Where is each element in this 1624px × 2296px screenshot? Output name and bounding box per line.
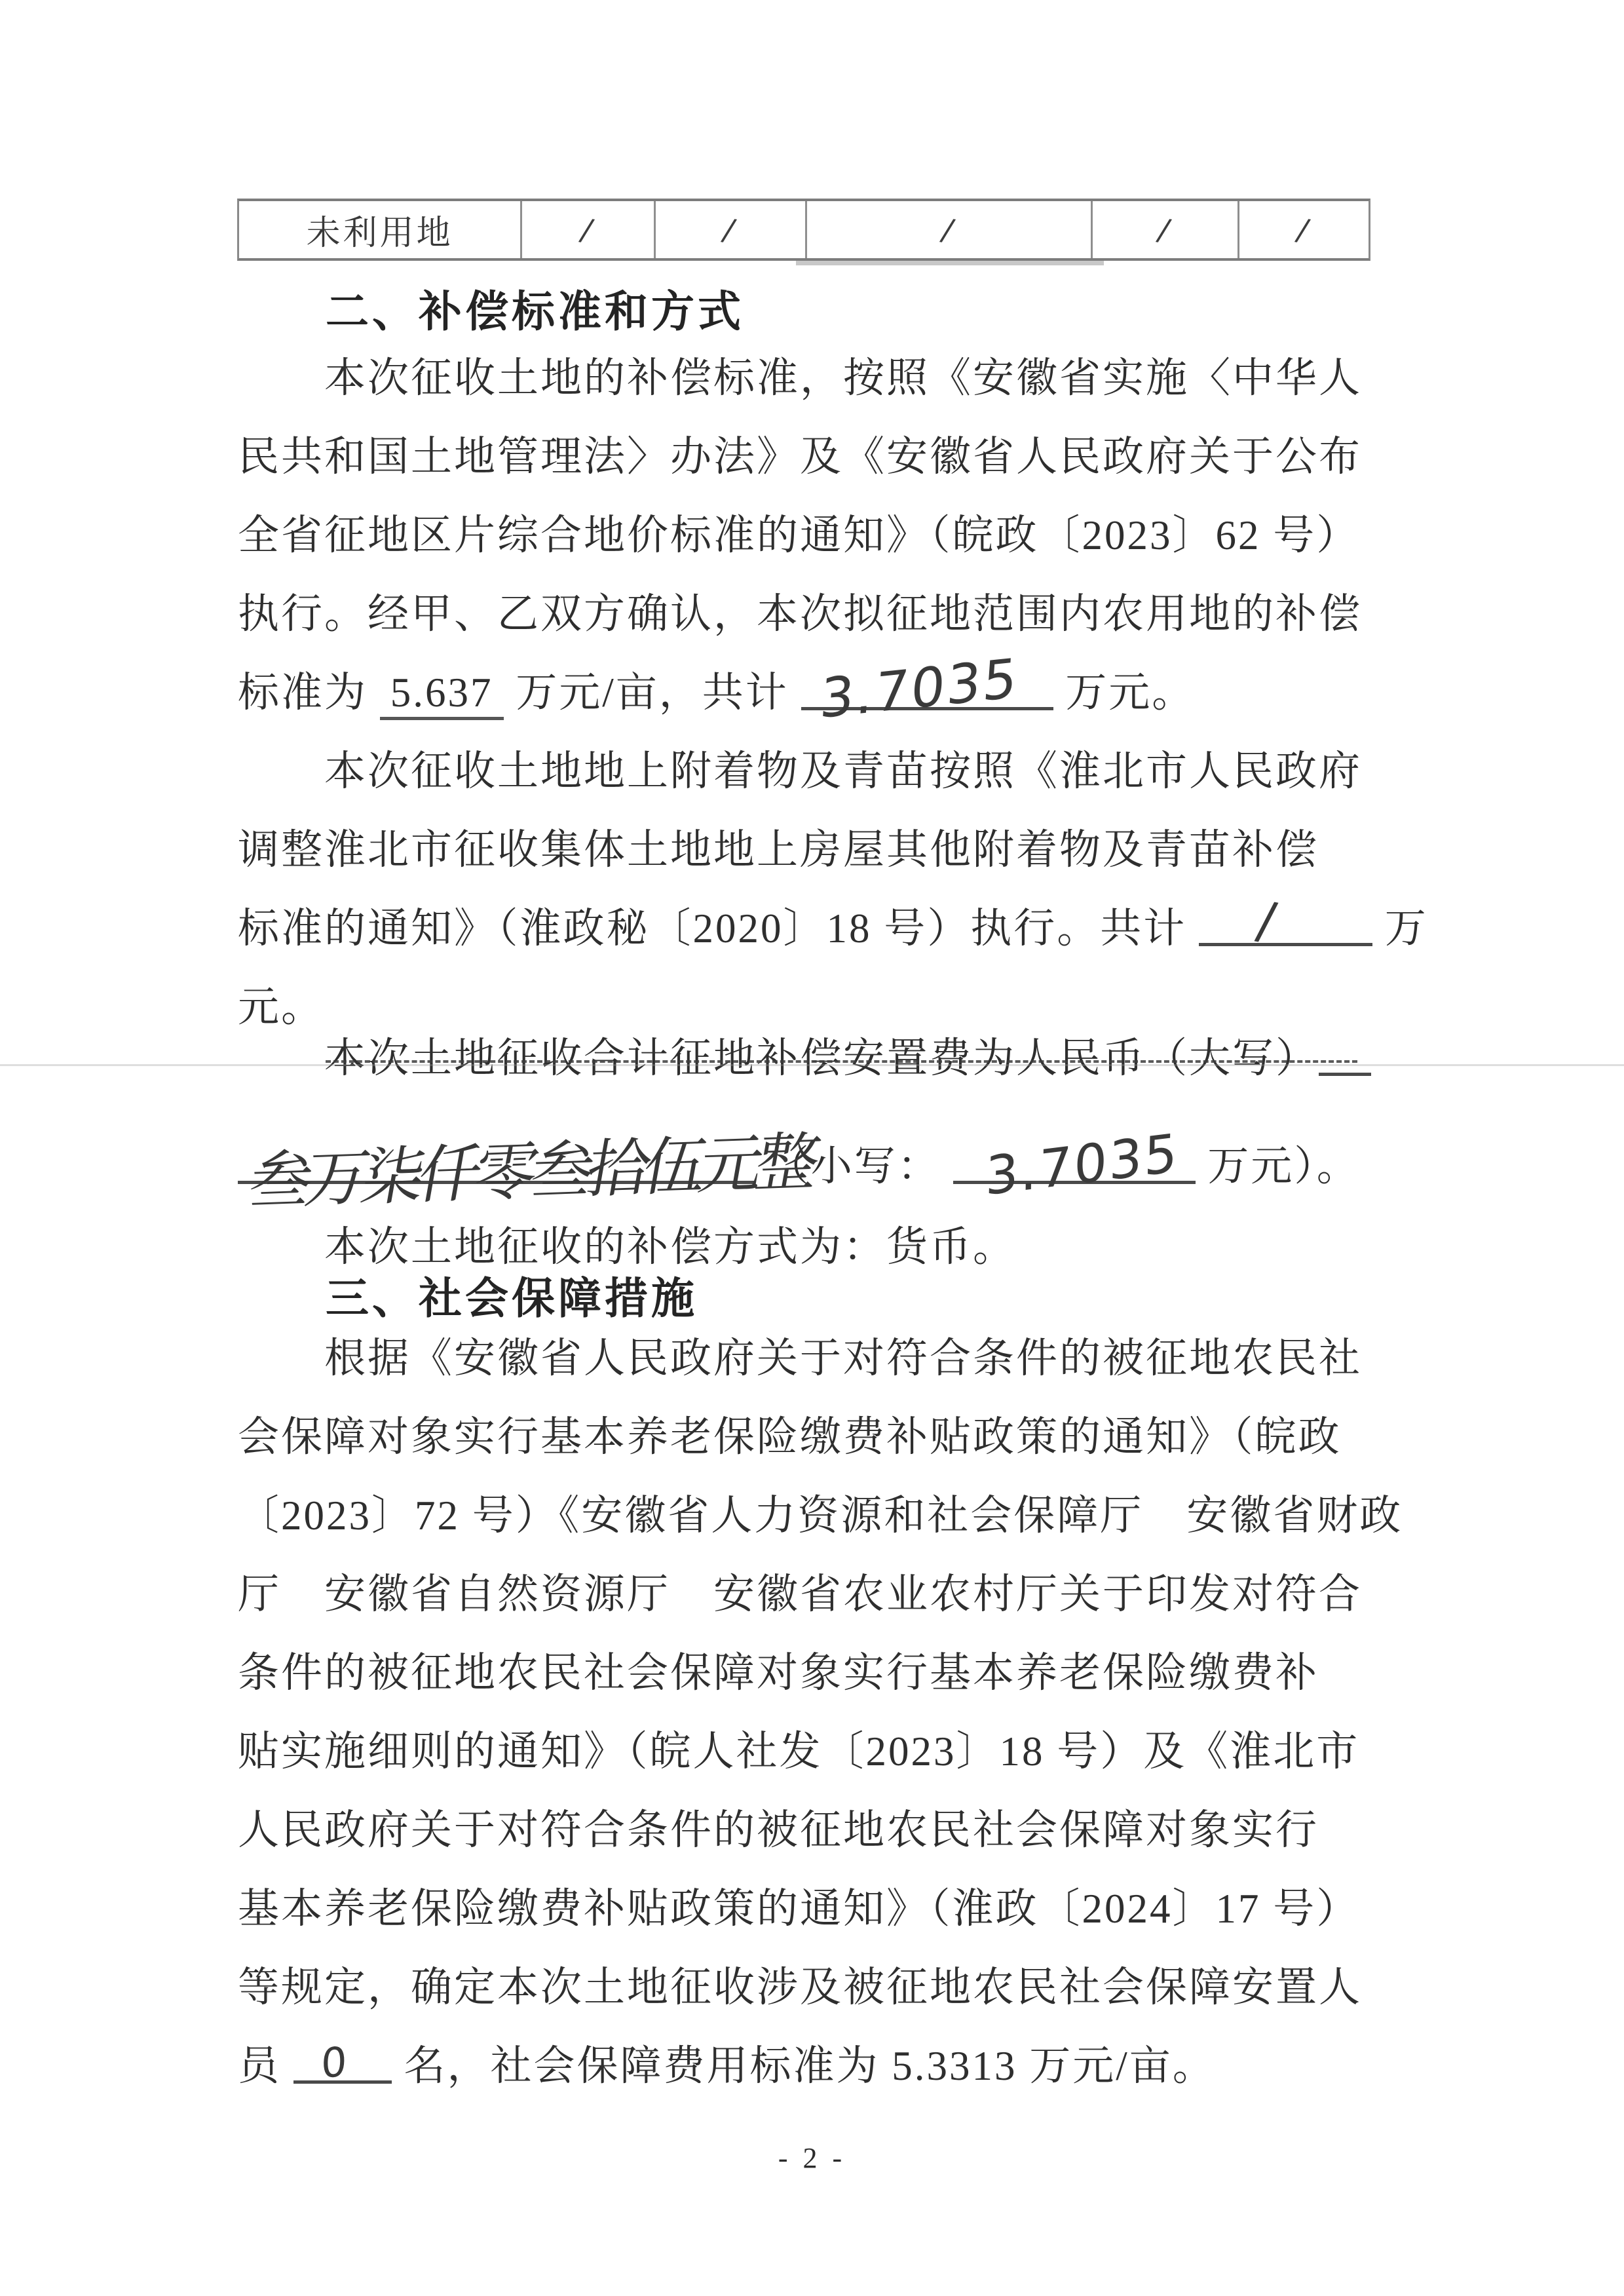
- paragraph-line: 员 0 名，社会保障费用标准为 5.3313 万元/亩。: [238, 2027, 1381, 2105]
- handwritten-amount-in-words: 叁万柒仟零叁拾伍元整: [244, 1130, 819, 1214]
- paragraph-total-amount: 本次土地征收合计征地补偿安置费为人民币（大写）: [238, 1019, 1381, 1098]
- blank-underline: [1319, 1020, 1371, 1076]
- line-text: 万元/亩，共计: [516, 670, 789, 716]
- line-text: 万元）。: [1207, 1143, 1360, 1189]
- paragraph-line: 标准为 5.637 万元/亩，共计 3.7035 万元。: [238, 653, 1381, 732]
- scan-fold-line: [0, 1064, 1624, 1066]
- rate-per-mu-value: 5.637: [380, 670, 504, 720]
- blank-underline-amount-words: 叁万柒仟零叁拾伍元整: [238, 1128, 755, 1184]
- paragraph-line: 基本养老保险缴费补贴政策的通知》（淮政〔2024〕17 号）: [238, 1869, 1381, 1948]
- table-cell-value: /: [577, 212, 599, 248]
- page-number: - 2 -: [0, 2141, 1624, 2175]
- table-cell: /: [805, 201, 1091, 258]
- line-text: 标准为: [238, 670, 368, 716]
- paragraph-line: 标准的通知》（淮政秘〔2020〕18 号）执行。共计 / 万: [238, 889, 1381, 968]
- table-cell: /: [520, 201, 653, 258]
- table-cell: /: [654, 201, 805, 258]
- handwritten-slash: /: [1253, 894, 1281, 948]
- table-cell-label: 未利用地: [307, 205, 453, 254]
- line-text: 标准的通知》（淮政秘〔2020〕18 号）执行。共计: [238, 906, 1186, 951]
- paragraph-line: 会保障对象实行基本养老保险缴费补贴政策的通知》（皖政: [238, 1398, 1381, 1476]
- paragraph-line: 民共和国土地管理法〉办法》及《安徽省人民政府关于公布: [238, 417, 1381, 496]
- scan-smear: [796, 261, 1104, 265]
- table-cell-value: /: [1293, 212, 1315, 248]
- handwritten-persons-count: 0: [320, 2041, 349, 2084]
- paragraph-line: 根据《安徽省人民政府关于对符合条件的被征地农民社: [238, 1319, 1381, 1398]
- blank-underline-amount-figures: 3.7035: [953, 1128, 1196, 1184]
- table-cell-value: /: [1154, 212, 1176, 248]
- paragraph-compensation-standard: 本次征收土地的补偿标准，按照《安徽省实施〈中华人 民共和国土地管理法〉办法》及《…: [238, 339, 1381, 732]
- line-text: 名，社会保障费用标准为 5.3313 万元/亩。: [404, 2043, 1216, 2089]
- table-cell: /: [1091, 201, 1237, 258]
- paragraph-line: 条件的被征地农民社会保障对象实行基本养老保险缴费补: [238, 1634, 1381, 1712]
- blank-underline: /: [1199, 890, 1372, 946]
- table-cell-value: /: [719, 212, 741, 248]
- table-cell: 未利用地: [239, 201, 520, 258]
- paragraph-line: 人民政府关于对符合条件的被征地农民社会保障对象实行: [238, 1791, 1381, 1869]
- line-text: 万元。: [1065, 670, 1195, 716]
- land-category-table-row: 未利用地 / / / / /: [237, 199, 1370, 261]
- paragraph-line: 贴实施细则的通知》（皖人社发〔2023〕18 号）及《淮北市: [238, 1712, 1381, 1791]
- blank-underline: 3.7035: [801, 655, 1053, 710]
- paragraph-line: 执行。经甲、乙双方确认，本次拟征地范围内农用地的补偿: [238, 575, 1381, 653]
- handwritten-amount-in-figures: 3.7035: [985, 1126, 1179, 1203]
- paragraph-social-security: 根据《安徽省人民政府关于对符合条件的被征地农民社 会保障对象实行基本养老保险缴费…: [238, 1319, 1381, 2105]
- line-text: 万: [1385, 906, 1428, 951]
- paragraph-line: 全省征地区片综合地价标准的通知》（皖政〔2023〕62 号）: [238, 496, 1381, 575]
- section-heading-compensation: 二、补偿标准和方式: [326, 277, 744, 339]
- blank-underline: 0: [293, 2028, 392, 2084]
- handwritten-total-amount: 3.7035: [818, 652, 1020, 727]
- document-page: 未利用地 / / / / / 二、补偿标准和方式 本次征收土地的补偿标准，按照《…: [0, 0, 1624, 2296]
- line-text: 本次土地征收合计征地补偿安置费为人民币（大写）: [324, 1035, 1319, 1081]
- paragraph-line: 本次征收土地的补偿标准，按照《安徽省实施〈中华人: [238, 339, 1381, 417]
- paragraph-line: 本次征收土地地上附着物及青苗按照《淮北市人民政府: [238, 732, 1381, 811]
- scan-strikethrough-line: [326, 1060, 1357, 1063]
- line-text: 员: [238, 2043, 281, 2089]
- paragraph-line: 本次土地征收合计征地补偿安置费为人民币（大写）: [238, 1019, 1381, 1098]
- paragraph-line: 〔2023〕72 号）《安徽省人力资源和社会保障厅 安徽省财政: [238, 1476, 1381, 1555]
- table-cell-value: /: [938, 212, 960, 248]
- table-cell: /: [1237, 201, 1369, 258]
- paragraph-attachments-crops: 本次征收土地地上附着物及青苗按照《淮北市人民政府 调整淮北市征收集体土地地上房屋…: [238, 732, 1381, 1046]
- paragraph-line: 厅 安徽省自然资源厅 安徽省农业农村厅关于印发对符合: [238, 1555, 1381, 1634]
- paragraph-line: 调整淮北市征收集体土地地上房屋其他附着物及青苗补偿: [238, 811, 1381, 889]
- paragraph-line: 等规定，确定本次土地征收涉及被征地农民社会保障安置人: [238, 1948, 1381, 2027]
- section-heading-social-security: 三、社会保障措施: [326, 1263, 698, 1326]
